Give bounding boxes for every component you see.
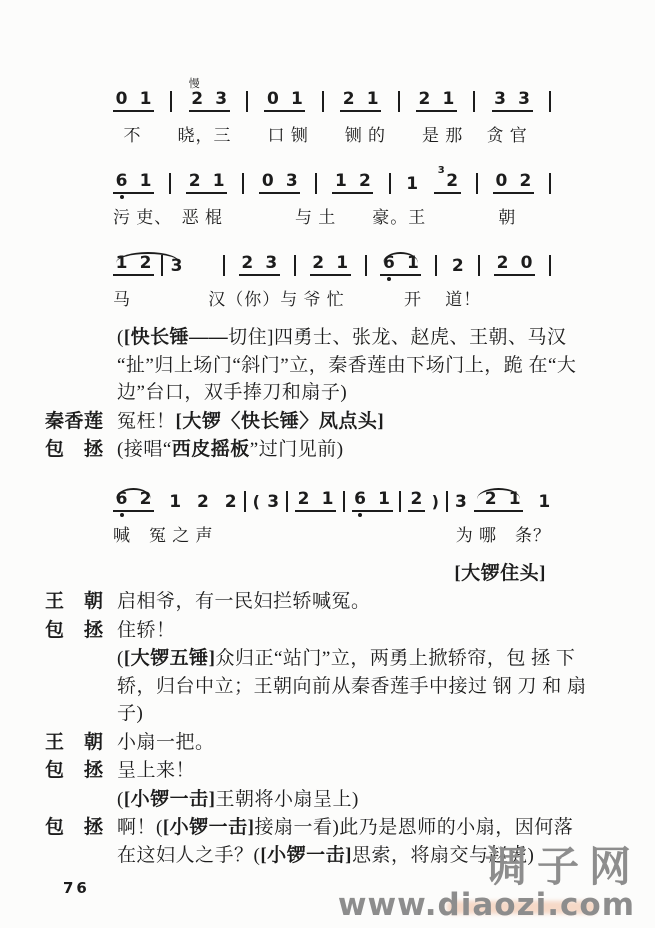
jianpu-note: 2 — [196, 492, 209, 512]
notation-row: 012慢301212133 — [113, 78, 551, 112]
beam-group: 2 — [408, 489, 425, 512]
text-line: 边”台口，双手捧刀和扇子) — [117, 379, 630, 407]
speaker-label — [45, 560, 117, 588]
barline — [315, 173, 317, 194]
text-line: 启相爷，有一民妇拦轿喊冤。 — [117, 588, 630, 616]
beam-group: 12 — [332, 171, 373, 194]
script-text: ( — [117, 789, 124, 810]
beam-group: 23 — [434, 171, 461, 194]
text-line: [大锣住头] — [117, 560, 546, 588]
stage-direction-row: [大锣住头] — [45, 560, 630, 588]
score-page: 012慢301212133 不 晓，三 口 铡 铡 的 是 那 贪 官61210… — [0, 0, 655, 928]
beam-group: 21 — [310, 253, 351, 276]
music-line: 012慢301212133 不 晓，三 口 铡 铡 的 是 那 贪 官 — [113, 78, 551, 146]
text-line: 啊！([小锣一击]接扇一看)此乃是恩师的小扇，因何落 — [117, 814, 630, 842]
jianpu-note: 1 — [139, 171, 152, 191]
slur-arc: 62 — [113, 489, 154, 512]
notation-row: 123232161220 — [113, 242, 551, 276]
jianpu-note: 1 — [336, 253, 349, 273]
jianpu-note: 1 — [212, 171, 225, 191]
gong-pattern-label: [大锣住头] — [454, 563, 546, 584]
jianpu-note: 1 — [442, 89, 455, 109]
lyric-text: 马 汉（你）与 爷 忙 开 道！ — [113, 285, 481, 310]
barline — [294, 255, 296, 276]
text-line: ([快长锤——切住]四勇士、张龙、赵虎、王朝、马汉 — [117, 324, 630, 352]
barline — [549, 255, 551, 276]
notation-row: 6121031212302 — [113, 160, 551, 194]
jianpu-note: 2 — [418, 89, 431, 109]
script-text: 小扇一把。 — [117, 732, 215, 753]
speaker-label: 王 朝 — [45, 729, 117, 757]
jianpu-note: 1 — [366, 89, 379, 109]
beam-group: 02 — [493, 171, 534, 194]
stage-direction-row: ([小锣一击]王朝将小扇呈上) — [45, 786, 630, 814]
speaker-label: 王 朝 — [45, 588, 117, 616]
lyric-row: 喊 冤 之 声为 哪 条？ — [113, 521, 551, 546]
script-text: ”过门见前) — [250, 439, 344, 460]
beam-group: 03 — [259, 171, 300, 194]
jianpu-note: 2 — [297, 489, 310, 509]
jianpu-note: 3 — [265, 253, 278, 273]
dialogue-text: (接唱“西皮摇板”过门见前) — [117, 436, 630, 464]
barline — [473, 91, 475, 112]
text-line: 呈上来！ — [117, 757, 630, 785]
stage-direction-row: ([大锣五锤]众归正“站门”立，两勇上掀轿帘，包 拯 下轿，归台中立；王朝向前从… — [45, 645, 630, 728]
text-line: 冤枉！[大锣〈快长锤〉凤点头] — [117, 408, 630, 436]
beam-group: 2慢3 — [189, 89, 230, 112]
beam-group: 21 — [474, 489, 523, 512]
gong-pattern-label: 西皮摇板 — [172, 439, 250, 460]
lyric-row: 不 晓，三 口 铡 铡 的 是 那 贪 官 — [113, 121, 551, 146]
jianpu-note: 2 — [358, 171, 371, 191]
script-text: 众归正“站门”立，两勇上掀轿帘，包 拯 下 — [215, 648, 575, 669]
beam-group: 33 — [492, 89, 533, 112]
lyric-text: 为 哪 条？ — [456, 521, 551, 546]
barline — [446, 491, 448, 512]
jianpu-note: 1 — [538, 492, 551, 512]
slur-arc: 123 — [113, 253, 183, 276]
jianpu-note: 2 — [312, 253, 325, 273]
tempo-mark: 慢 — [189, 74, 200, 94]
music-line: 62122(321612)3211喊 冤 之 声为 哪 条？ — [113, 478, 551, 546]
jianpu-note: 3 — [518, 89, 531, 109]
script-text: 住轿！ — [117, 620, 176, 641]
speaker-label — [45, 786, 117, 814]
page-content: 012慢301212133 不 晓，三 口 铡 铡 的 是 那 贪 官61210… — [45, 78, 630, 897]
script-text: 边”台口，双手捧刀和扇子) — [117, 382, 347, 403]
jianpu-note: 6 — [354, 489, 367, 509]
music-notation-block: 012慢301212133 不 晓，三 口 铡 铡 的 是 那 贪 官61210… — [113, 78, 551, 310]
gong-pattern-label: [大锣五锤] — [124, 648, 216, 669]
parenthesis: ) — [432, 492, 439, 512]
text-line: (接唱“西皮摇板”过门见前) — [117, 436, 630, 464]
text-line: 轿，归台中立；王朝向前从秦香莲手中接过 钢 刀 和 扇 — [117, 673, 630, 701]
barline — [549, 91, 551, 112]
barline — [286, 491, 288, 512]
gong-pattern-label: [小锣一击] — [124, 789, 216, 810]
jianpu-note: 1 — [321, 489, 334, 509]
jianpu-note: 3 — [454, 492, 467, 512]
beam-group: 01 — [264, 89, 305, 112]
text-line: ([大锣五锤]众归正“站门”立，两勇上掀轿帘，包 拯 下 — [117, 645, 630, 673]
speaker-label — [45, 324, 117, 407]
dialogue-row: 包 拯住轿！ — [45, 617, 630, 645]
speaker-label: 包 拯 — [45, 436, 117, 464]
dialogue-text: 冤枉！[大锣〈快长锤〉凤点头] — [117, 408, 630, 436]
jianpu-note: 2 — [224, 492, 237, 512]
slur-arc: 61 — [380, 253, 421, 276]
beam-group: 61 — [380, 253, 421, 276]
beam-group: 61 — [352, 489, 393, 512]
dialogue-row: 包 拯呈上来！ — [45, 757, 630, 785]
speaker-label — [45, 645, 117, 728]
jianpu-note: 3 — [215, 89, 228, 109]
jianpu-note: 2 — [241, 253, 254, 273]
beam-group: 61 — [113, 171, 154, 194]
jianpu-note: 3 — [267, 492, 280, 512]
beam-group: 62 — [113, 489, 154, 512]
dialogue-row: 秦香莲冤枉！[大锣〈快长锤〉凤点头] — [45, 408, 630, 436]
text-line: ([小锣一击]王朝将小扇呈上) — [117, 786, 630, 814]
script-text: 接扇一看)此乃是恩师的小扇，因何落 — [254, 817, 573, 838]
beam-group: 21 — [340, 89, 381, 112]
jianpu-note: 2 — [139, 253, 152, 273]
script-text: 王朝将小扇呈上) — [215, 789, 358, 810]
script-text: ( — [117, 327, 124, 348]
text-line: 子) — [117, 700, 630, 728]
barline — [322, 91, 324, 112]
script-text: 呈上来！ — [117, 760, 195, 781]
jianpu-note: 1 — [169, 492, 182, 512]
jianpu-note: 2 — [139, 489, 152, 509]
lyric-text: 不 晓，三 口 铡 铡 的 是 那 贪 官 — [113, 121, 528, 146]
gong-pattern-label: [小锣一击] — [163, 817, 255, 838]
jianpu-note: 0 — [115, 89, 128, 109]
barline — [242, 173, 244, 194]
jianpu-note: 6 — [115, 171, 128, 191]
music-line: 6121031212302污 吏、 恶 棍 与 土 豪。王 朝 — [113, 160, 551, 228]
jianpu-note: 2 — [342, 89, 355, 109]
jianpu-note: 0 — [520, 253, 533, 273]
barline — [223, 255, 225, 276]
jianpu-note: 2 — [496, 253, 509, 273]
barline — [476, 173, 478, 194]
lyric-row: 污 吏、 恶 棍 与 土 豪。王 朝 — [113, 203, 551, 228]
dialogue-text: 住轿！ — [117, 617, 630, 645]
watermark-url: www.diaozi.com — [338, 889, 635, 922]
gong-pattern-label: [快长锤—— — [124, 327, 228, 348]
jianpu-note: 1 — [406, 174, 419, 194]
jianpu-note: 6 — [382, 253, 395, 273]
barline — [169, 173, 171, 194]
beam-group: 21 — [186, 171, 227, 194]
jianpu-note: 2 — [451, 256, 464, 276]
beam-group: 21 — [295, 489, 336, 512]
jianpu-note: 1 — [139, 89, 152, 109]
jianpu-note: 2 — [410, 489, 423, 509]
barline — [478, 255, 480, 276]
barline — [246, 91, 248, 112]
jianpu-note: 1 — [290, 89, 303, 109]
beam-group: 01 — [113, 89, 154, 112]
lyric-row: 马 汉（你）与 爷 忙 开 道！ — [113, 285, 551, 310]
jianpu-note: 2 — [188, 171, 201, 191]
barline — [161, 255, 163, 276]
barline — [343, 491, 345, 512]
text-line: 小扇一把。 — [117, 729, 630, 757]
script-text: 轿，归台中立；王朝向前从秦香莲手中接过 钢 刀 和 扇 — [117, 676, 587, 697]
beam-group: 23 — [239, 253, 280, 276]
notation-row: 62122(321612)3211 — [113, 478, 551, 512]
dialogue-text: 启相爷，有一民妇拦轿喊冤。 — [117, 588, 630, 616]
jianpu-note: 1 — [334, 171, 347, 191]
dialogue-row: 王 朝启相爷，有一民妇拦轿喊冤。 — [45, 588, 630, 616]
script-text: 启相爷，有一民妇拦轿喊冤。 — [117, 591, 371, 612]
lyric-text: 污 吏、 恶 棍 与 土 豪。王 朝 — [113, 203, 516, 228]
slur-arc: 21 — [474, 489, 523, 512]
jianpu-note: 23 — [446, 171, 459, 191]
lyric-text: 喊 冤 之 声 — [113, 521, 214, 546]
text-line: “扯”归上场门“斜门”立，秦香莲由下场门上，跪 在“大 — [117, 352, 630, 380]
script-text: 子) — [117, 703, 143, 724]
dialogue-row: 包 拯(接唱“西皮摇板”过门见前) — [45, 436, 630, 464]
jianpu-note: 2 — [519, 171, 532, 191]
gong-pattern-label: [大锣〈快长锤〉凤点头] — [176, 411, 385, 432]
watermark-site-name: 调子网 — [338, 845, 641, 889]
beam-group: 12 — [113, 253, 154, 276]
barline — [244, 491, 246, 512]
beam-group: 20 — [494, 253, 535, 276]
barline — [399, 491, 401, 512]
jianpu-note: 2慢 — [191, 89, 204, 109]
jianpu-note: 3 — [170, 256, 183, 276]
barline — [389, 173, 391, 194]
speaker-label: 包 拯 — [45, 757, 117, 785]
dialogue-text: ([大锣五锤]众归正“站门”立，两勇上掀轿帘，包 拯 下轿，归台中立；王朝向前从… — [117, 645, 630, 728]
script-text: (接唱“ — [117, 439, 172, 460]
jianpu-note: 1 — [508, 489, 521, 509]
jianpu-note: 0 — [261, 171, 274, 191]
barline — [365, 255, 367, 276]
speaker-label: 包 拯 — [45, 814, 117, 869]
jianpu-note: 0 — [495, 171, 508, 191]
dialogue-text: [大锣住头] — [117, 560, 630, 588]
watermark: 调子网 www.diaozi.com — [338, 845, 635, 922]
jianpu-note: 1 — [115, 253, 128, 273]
script-text: 切住]四勇士、张龙、赵虎、王朝、马汉 — [228, 327, 566, 348]
jianpu-note: 3 — [285, 171, 298, 191]
jianpu-note: 3 — [494, 89, 507, 109]
dialogue-row: 王 朝小扇一把。 — [45, 729, 630, 757]
jianpu-note: 6 — [115, 489, 128, 509]
jianpu-note: 1 — [378, 489, 391, 509]
barline — [170, 91, 172, 112]
script-text: 啊！( — [117, 817, 163, 838]
dialogue-text: 小扇一把。 — [117, 729, 630, 757]
barline — [398, 91, 400, 112]
music-line: 123232161220马 汉（你）与 爷 忙 开 道！ — [113, 242, 551, 310]
script-text: ( — [117, 648, 124, 669]
stage-direction-row: ([快长锤——切住]四勇士、张龙、赵虎、王朝、马汉“扯”归上场门“斜门”立，秦香… — [45, 324, 630, 407]
jianpu-note: 2 — [484, 489, 497, 509]
script-text: 冤枉！ — [117, 411, 176, 432]
speaker-label: 秦香莲 — [45, 408, 117, 436]
dialogue-text: ([小锣一击]王朝将小扇呈上) — [117, 786, 630, 814]
music-notation-block: 62122(321612)3211喊 冤 之 声为 哪 条？ — [113, 478, 551, 546]
jianpu-note: 0 — [266, 89, 279, 109]
dialogue-text: 呈上来！ — [117, 757, 630, 785]
script-text: “扯”归上场门“斜门”立，秦香莲由下场门上，跪 在“大 — [117, 355, 576, 376]
jianpu-note: 1 — [406, 253, 419, 273]
speaker-label: 包 拯 — [45, 617, 117, 645]
grace-note: 3 — [438, 161, 445, 181]
barline — [435, 255, 437, 276]
barline — [549, 173, 551, 194]
parenthesis: ( — [253, 492, 260, 512]
script-text: 在这妇人之手？( — [117, 845, 260, 866]
beam-group: 21 — [416, 89, 457, 112]
dialogue-text: ([快长锤——切住]四勇士、张龙、赵虎、王朝、马汉“扯”归上场门“斜门”立，秦香… — [117, 324, 630, 407]
text-line: 住轿！ — [117, 617, 630, 645]
